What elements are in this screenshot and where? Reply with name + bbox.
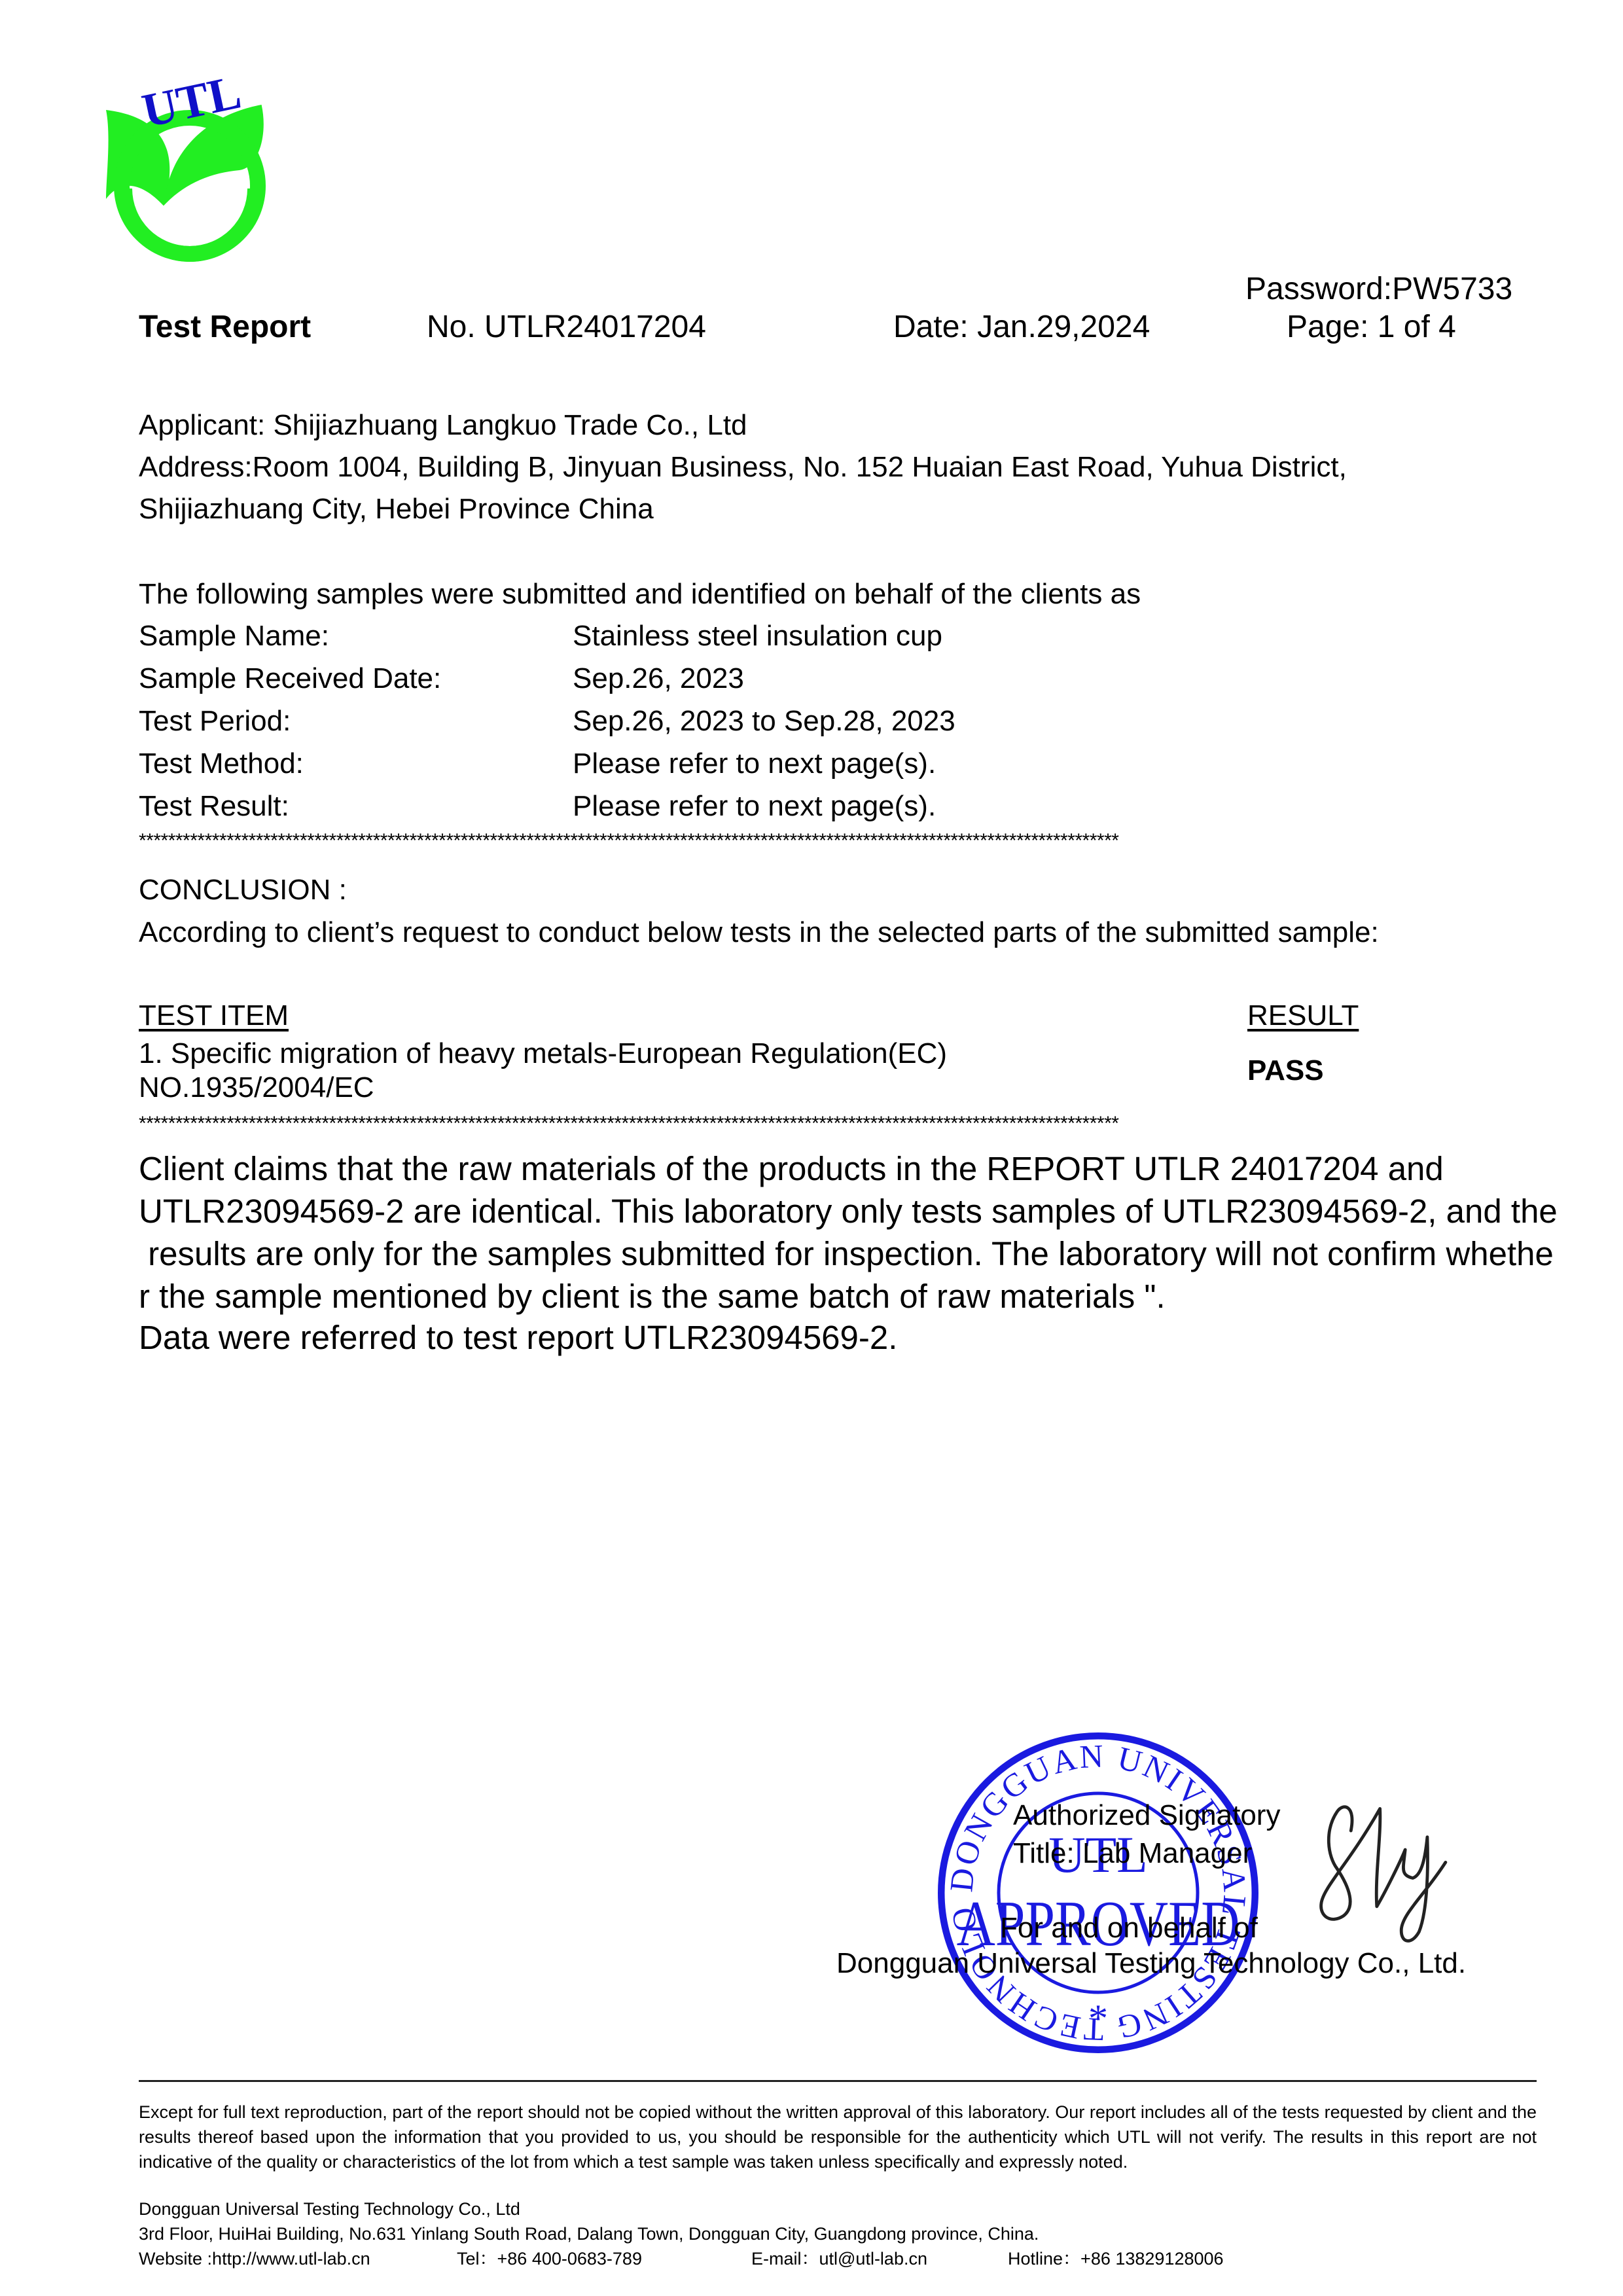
test-period-value: Sep.26, 2023 to Sep.28, 2023: [573, 707, 955, 736]
footer-hotline: Hotline：+86 13829128006: [1008, 2250, 1224, 2268]
statement-line-2: UTLR23094569-2 are identical. This labor…: [139, 1194, 1558, 1228]
received-date-value: Sep.26, 2023: [573, 664, 744, 693]
password: Password:PW5733: [1245, 274, 1512, 305]
footer-email[interactable]: E-mail：utl@utl-lab.cn: [751, 2250, 927, 2268]
report-number: No. UTLR24017204: [427, 312, 706, 343]
footer-divider: [139, 2080, 1537, 2082]
address-line-1: Address:Room 1004, Building B, Jinyuan B…: [139, 453, 1347, 482]
report-title: Test Report: [139, 312, 311, 343]
statement-line-5: Data were referred to test report UTLR23…: [139, 1321, 897, 1354]
test-result-value: Please refer to next page(s).: [573, 792, 936, 821]
address-line-2: Shijiazhuang City, Hebei Province China: [139, 495, 654, 524]
sample-name-value: Stainless steel insulation cup: [573, 622, 942, 651]
authorized-signatory: Authorized Signatory: [1013, 1801, 1280, 1830]
svg-text:*: *: [1088, 1997, 1108, 2040]
footer-website[interactable]: Website :http://www.utl-lab.cn: [139, 2250, 370, 2268]
sample-name-label: Sample Name:: [139, 622, 329, 651]
samples-intro: The following samples were submitted and…: [139, 580, 1141, 609]
behalf-text: For and on behalf of: [1000, 1914, 1258, 1943]
test-method-label: Test Method:: [139, 749, 304, 778]
separator: ****************************************…: [139, 830, 1467, 852]
footer-address: 3rd Floor, HuiHai Building, No.631 Yinla…: [139, 2225, 1039, 2243]
footer-disclaimer: Except for full text reproduction, part …: [139, 2100, 1537, 2174]
test-item-line-2: NO.1935/2004/EC: [139, 1073, 374, 1102]
utl-leaf-logo-icon: UTL: [85, 52, 294, 262]
received-date-label: Sample Received Date:: [139, 664, 441, 693]
result-header: RESULT: [1247, 1001, 1359, 1030]
approved-stamp-icon: DONGGUAN UNIVERSAL TESTING TECHNOLOGY CO…: [935, 1729, 1262, 2056]
signatory-title: Title: Lab Manager: [1013, 1839, 1252, 1868]
test-result-label: Test Result:: [139, 792, 289, 821]
test-item-header: TEST ITEM: [139, 1001, 289, 1030]
report-date: Date: Jan.29,2024: [893, 312, 1150, 343]
statement-line-3: results are only for the samples submitt…: [139, 1237, 1554, 1270]
company-name: Dongguan Universal Testing Technology Co…: [836, 1949, 1466, 1978]
conclusion-heading: CONCLUSION :: [139, 876, 347, 905]
footer-company: Dongguan Universal Testing Technology Co…: [139, 2200, 520, 2218]
test-period-label: Test Period:: [139, 707, 291, 736]
test-item-result: PASS: [1247, 1056, 1324, 1085]
statement-line-4: r the sample mentioned by client is the …: [139, 1280, 1166, 1313]
separator: ****************************************…: [139, 1113, 1451, 1135]
conclusion-intro: According to client’s request to conduct…: [139, 918, 1379, 947]
applicant: Applicant: Shijiazhuang Langkuo Trade Co…: [139, 411, 747, 440]
signature-icon: [1309, 1780, 1472, 1957]
test-item-line-1: 1. Specific migration of heavy metals-Eu…: [139, 1039, 947, 1068]
page-number: Page: 1 of 4: [1287, 312, 1456, 343]
footer-tel: Tel：+86 400-0683-789: [457, 2250, 642, 2268]
statement-line-1: Client claims that the raw materials of …: [139, 1152, 1444, 1185]
test-method-value: Please refer to next page(s).: [573, 749, 936, 778]
